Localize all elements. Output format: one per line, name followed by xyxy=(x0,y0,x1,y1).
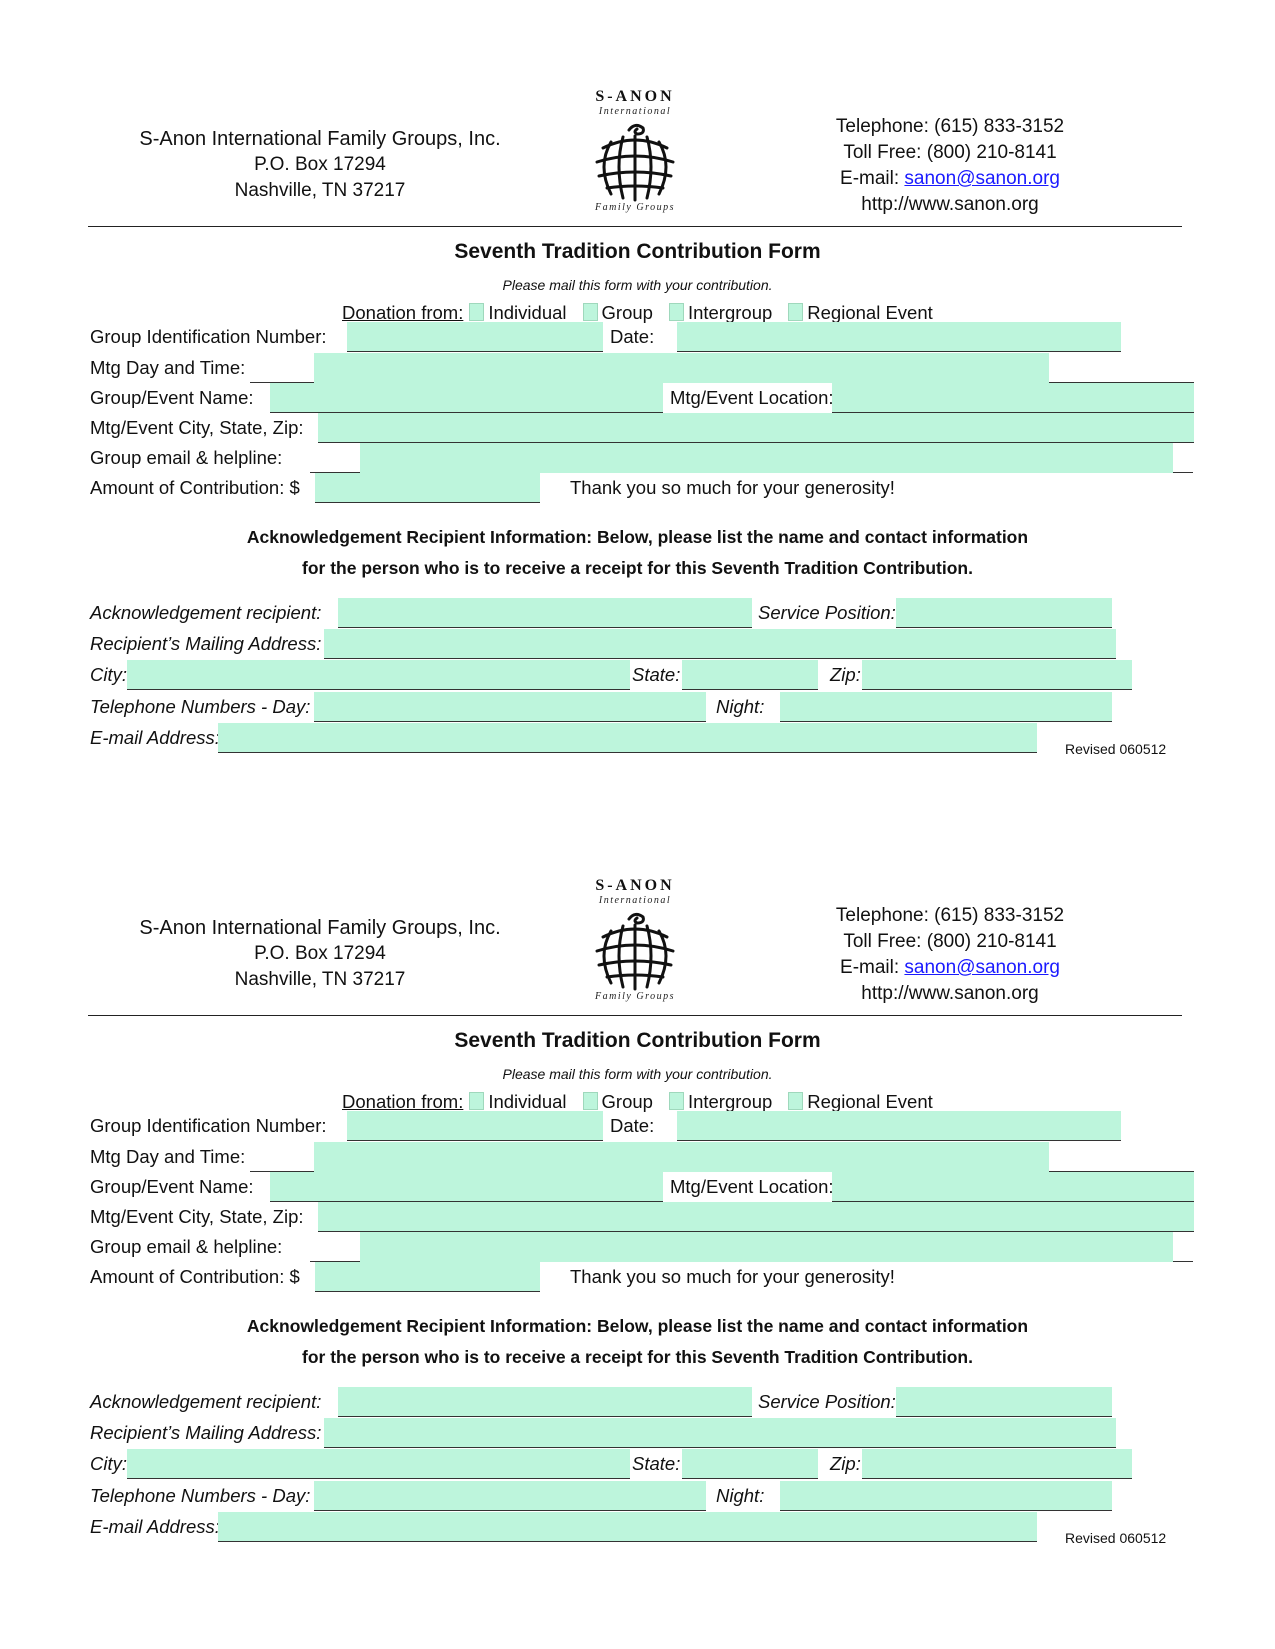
recipient-email-label: E-mail Address: xyxy=(90,1516,220,1538)
zip-field[interactable] xyxy=(862,660,1132,690)
donation-from-label: Donation from: xyxy=(342,302,463,323)
donation-from-group: Donation from:IndividualGroupIntergroupR… xyxy=(342,1091,943,1113)
checkbox-intergroup[interactable] xyxy=(669,303,684,321)
group-email-helpline-label: Group email & helpline: xyxy=(90,1236,282,1258)
amount-label: Amount of Contribution: $ xyxy=(90,477,300,499)
toll-free: Toll Free: (800) 210-8141 xyxy=(800,140,1100,166)
email-line: E-mail: sanon@sanon.org xyxy=(800,955,1100,981)
group-event-name-label: Group/Event Name: xyxy=(90,1176,254,1198)
recipient-name-field[interactable] xyxy=(338,1387,752,1417)
mtg-day-time-field[interactable] xyxy=(314,353,1049,383)
recipient-name-field[interactable] xyxy=(338,598,752,628)
date-label: Date: xyxy=(610,326,654,348)
form-copy-2: S-Anon International Family Groups, Inc.… xyxy=(0,789,1275,1569)
thank-you-text: Thank you so much for your generosity! xyxy=(570,477,895,499)
email-line: E-mail: sanon@sanon.org xyxy=(800,166,1100,192)
state-field[interactable] xyxy=(682,660,818,690)
mailing-address-field[interactable] xyxy=(324,1418,1116,1448)
mtg-event-location-label: Mtg/Event Location: xyxy=(670,387,834,409)
mailing-address-label: Recipient’s Mailing Address: xyxy=(90,633,321,655)
mtg-day-time-label: Mtg Day and Time: xyxy=(90,357,245,379)
website: http://www.sanon.org xyxy=(800,192,1100,218)
phone-day-field[interactable] xyxy=(314,692,706,722)
option-group-label: Group xyxy=(602,1091,653,1112)
form-title: Seventh Tradition Contribution Form xyxy=(0,1029,1275,1053)
recipient-name-label: Acknowledgement recipient: xyxy=(90,602,321,624)
amount-label: Amount of Contribution: $ xyxy=(90,1266,300,1288)
date-label: Date: xyxy=(610,1115,654,1137)
telephone: Telephone: (615) 833-3152 xyxy=(800,903,1100,929)
header-divider xyxy=(88,226,1182,227)
checkbox-group[interactable] xyxy=(583,303,598,321)
phone-night-field[interactable] xyxy=(780,1481,1112,1511)
service-position-field[interactable] xyxy=(896,598,1112,628)
form-copy-1: S-Anon International Family Groups, Inc.… xyxy=(0,0,1275,780)
thank-you-text: Thank you so much for your generosity! xyxy=(570,1266,895,1288)
zip-label: Zip: xyxy=(830,1453,861,1475)
group-event-name-field[interactable] xyxy=(270,1172,663,1202)
email-link[interactable]: sanon@sanon.org xyxy=(904,957,1060,978)
mailing-address-label: Recipient’s Mailing Address: xyxy=(90,1422,321,1444)
header-divider xyxy=(88,1015,1182,1016)
phone-night-label: Night: xyxy=(716,1485,764,1507)
zip-field[interactable] xyxy=(862,1449,1132,1479)
group-email-helpline-field[interactable] xyxy=(360,1232,1173,1262)
logo-tagline-top: International xyxy=(580,895,690,907)
po-box: P.O. Box 17294 xyxy=(120,941,520,967)
mtg-day-time-field[interactable] xyxy=(314,1142,1049,1172)
globe-icon xyxy=(589,909,681,991)
organization-address: S-Anon International Family Groups, Inc.… xyxy=(120,915,520,993)
group-event-name-field[interactable] xyxy=(270,383,663,413)
checkbox-regional-event[interactable] xyxy=(788,1092,803,1110)
ack-heading-line2: for the person who is to receive a recei… xyxy=(0,553,1275,584)
phone-night-label: Night: xyxy=(716,696,764,718)
donation-from-label: Donation from: xyxy=(342,1091,463,1112)
group-id-label: Group Identification Number: xyxy=(90,326,327,348)
sanon-logo: S-ANON International Family Groups xyxy=(580,88,690,218)
group-id-label: Group Identification Number: xyxy=(90,1115,327,1137)
phone-night-field[interactable] xyxy=(780,692,1112,722)
option-regional-event-label: Regional Event xyxy=(807,1091,932,1112)
website: http://www.sanon.org xyxy=(800,981,1100,1007)
logo-tagline-bottom: Family Groups xyxy=(580,991,690,1003)
donation-from-group: Donation from:IndividualGroupIntergroupR… xyxy=(342,302,943,324)
recipient-email-field[interactable] xyxy=(218,723,1037,753)
checkbox-regional-event[interactable] xyxy=(788,303,803,321)
service-position-field[interactable] xyxy=(896,1387,1112,1417)
city-line: Nashville, TN 37217 xyxy=(120,967,520,993)
organization-address: S-Anon International Family Groups, Inc.… xyxy=(120,126,520,204)
form-subtitle: Please mail this form with your contribu… xyxy=(0,277,1275,293)
city-field[interactable] xyxy=(127,1449,630,1479)
ack-heading-line1: Acknowledgement Recipient Information: B… xyxy=(0,522,1275,553)
recipient-email-field[interactable] xyxy=(218,1512,1037,1542)
phone-day-label: Telephone Numbers - Day: xyxy=(90,696,310,718)
org-name: S-Anon International Family Groups, Inc. xyxy=(120,915,520,941)
option-intergroup-label: Intergroup xyxy=(688,1091,772,1112)
checkbox-group[interactable] xyxy=(583,1092,598,1110)
sanon-logo: S-ANON International Family Groups xyxy=(580,877,690,1007)
email-link[interactable]: sanon@sanon.org xyxy=(904,168,1060,189)
option-intergroup-label: Intergroup xyxy=(688,302,772,323)
logo-brand: S-ANON xyxy=(580,877,690,895)
form-title: Seventh Tradition Contribution Form xyxy=(0,240,1275,264)
amount-field[interactable] xyxy=(315,473,540,503)
phone-day-field[interactable] xyxy=(314,1481,706,1511)
mailing-address-field[interactable] xyxy=(324,629,1116,659)
revision-note: Revised 060512 xyxy=(1065,1530,1166,1546)
email-label: E-mail: xyxy=(840,168,904,189)
group-id-field[interactable] xyxy=(347,1111,603,1141)
group-id-field[interactable] xyxy=(347,322,603,352)
logo-tagline-top: International xyxy=(580,106,690,118)
phone-day-label: Telephone Numbers - Day: xyxy=(90,1485,310,1507)
mtg-day-time-label: Mtg Day and Time: xyxy=(90,1146,245,1168)
checkbox-intergroup[interactable] xyxy=(669,1092,684,1110)
zip-label: Zip: xyxy=(830,664,861,686)
po-box: P.O. Box 17294 xyxy=(120,152,520,178)
checkbox-individual[interactable] xyxy=(469,303,484,321)
state-label: State: xyxy=(632,664,680,686)
mtg-event-city-label: Mtg/Event City, State, Zip: xyxy=(90,417,304,439)
service-position-label: Service Position: xyxy=(758,602,896,624)
mtg-event-location-field[interactable] xyxy=(832,383,1194,413)
form-subtitle: Please mail this form with your contribu… xyxy=(0,1066,1275,1082)
state-label: State: xyxy=(632,1453,680,1475)
recipient-name-label: Acknowledgement recipient: xyxy=(90,1391,321,1413)
ack-heading-line2: for the person who is to receive a recei… xyxy=(0,1342,1275,1373)
mtg-event-city-label: Mtg/Event City, State, Zip: xyxy=(90,1206,304,1228)
date-field[interactable] xyxy=(677,1111,1121,1141)
ack-heading-line1: Acknowledgement Recipient Information: B… xyxy=(0,1311,1275,1342)
service-position-label: Service Position: xyxy=(758,1391,896,1413)
city-line: Nashville, TN 37217 xyxy=(120,178,520,204)
mtg-event-city-field[interactable] xyxy=(318,1202,1194,1232)
toll-free: Toll Free: (800) 210-8141 xyxy=(800,929,1100,955)
option-individual-label: Individual xyxy=(488,302,566,323)
group-event-name-label: Group/Event Name: xyxy=(90,387,254,409)
mtg-event-location-field[interactable] xyxy=(832,1172,1194,1202)
city-label: City: xyxy=(90,1453,127,1475)
contact-info: Telephone: (615) 833-3152 Toll Free: (80… xyxy=(800,114,1100,218)
org-name: S-Anon International Family Groups, Inc. xyxy=(120,126,520,152)
recipient-email-label: E-mail Address: xyxy=(90,727,220,749)
checkbox-individual[interactable] xyxy=(469,1092,484,1110)
mtg-event-city-field[interactable] xyxy=(318,413,1194,443)
group-email-helpline-label: Group email & helpline: xyxy=(90,447,282,469)
logo-brand: S-ANON xyxy=(580,88,690,106)
state-field[interactable] xyxy=(682,1449,818,1479)
ack-heading: Acknowledgement Recipient Information: B… xyxy=(0,522,1275,584)
revision-note: Revised 060512 xyxy=(1065,741,1166,757)
option-group-label: Group xyxy=(602,302,653,323)
contact-info: Telephone: (615) 833-3152 Toll Free: (80… xyxy=(800,903,1100,1007)
option-individual-label: Individual xyxy=(488,1091,566,1112)
logo-tagline-bottom: Family Groups xyxy=(580,202,690,214)
mtg-event-location-label: Mtg/Event Location: xyxy=(670,1176,834,1198)
city-field[interactable] xyxy=(127,660,630,690)
date-field[interactable] xyxy=(677,322,1121,352)
group-email-helpline-field[interactable] xyxy=(360,443,1173,473)
ack-heading: Acknowledgement Recipient Information: B… xyxy=(0,1311,1275,1373)
city-label: City: xyxy=(90,664,127,686)
telephone: Telephone: (615) 833-3152 xyxy=(800,114,1100,140)
globe-icon xyxy=(589,120,681,202)
option-regional-event-label: Regional Event xyxy=(807,302,932,323)
amount-field[interactable] xyxy=(315,1262,540,1292)
email-label: E-mail: xyxy=(840,957,904,978)
